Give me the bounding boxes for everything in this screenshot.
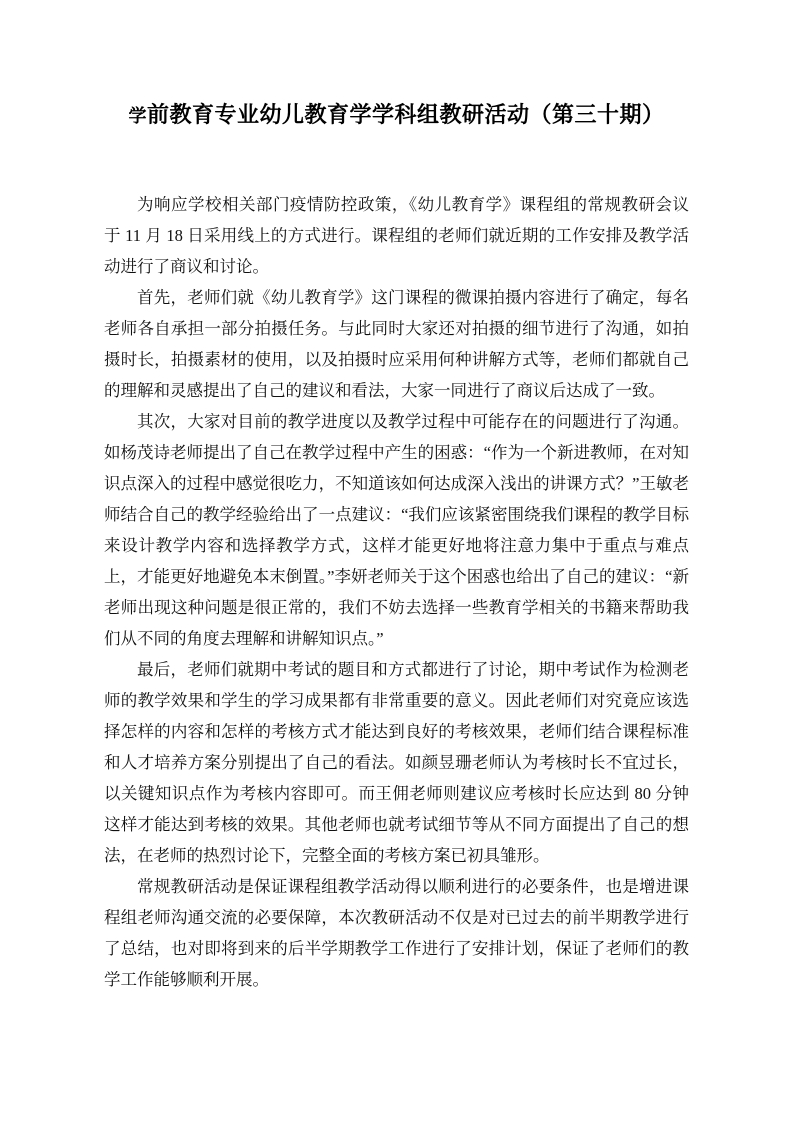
paragraph-4: 最后，老师们就期中考试的题目和方式都进行了讨论，期中考试作为检测老师的教学效果和… <box>104 654 689 871</box>
paragraph-3: 其次，大家对目前的教学进度以及教学过程中可能存在的问题进行了沟通。如杨茂诗老师提… <box>104 406 689 654</box>
document-title: 学前教育专业幼儿教育学学科组教研活动（第三十期） <box>104 98 689 133</box>
document-body: 为响应学校相关部门疫情防控政策，《幼儿教育学》课程组的常规教研会议于 11 月 … <box>104 189 689 995</box>
paragraph-5: 常规教研活动是保证课程组教学活动得以顺利进行的必要条件，也是增进课程组老师沟通交… <box>104 871 689 995</box>
paragraph-1: 为响应学校相关部门疫情防控政策，《幼儿教育学》课程组的常规教研会议于 11 月 … <box>104 189 689 282</box>
paragraph-2: 首先，老师们就《幼儿教育学》这门课程的微课拍摄内容进行了确定，每名老师各自承担一… <box>104 282 689 406</box>
document-page: 学前教育专业幼儿教育学学科组教研活动（第三十期） 为响应学校相关部门疫情防控政策… <box>0 0 793 1122</box>
